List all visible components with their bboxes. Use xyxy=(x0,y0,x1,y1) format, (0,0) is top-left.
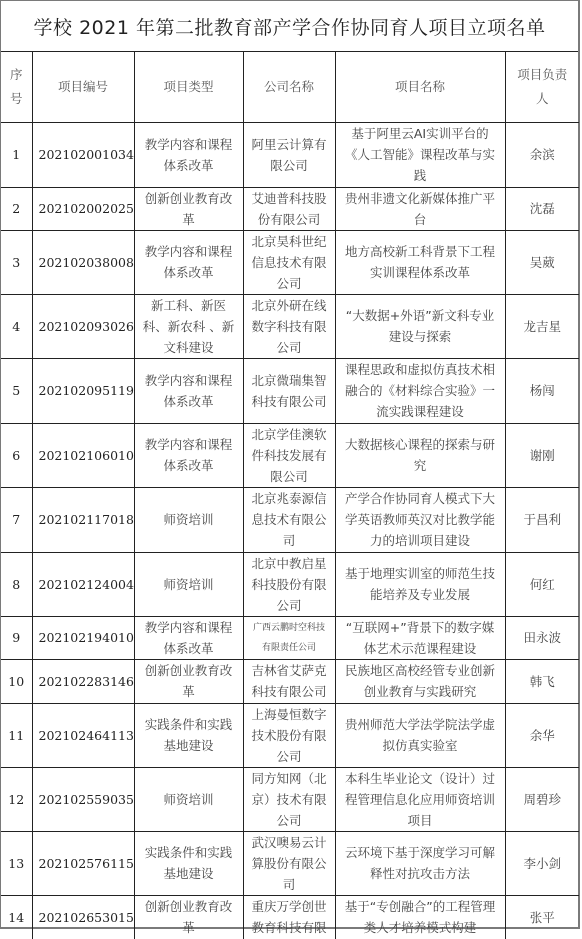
cell-leader: 余滨 xyxy=(505,122,579,187)
table-row: 11 202102464113 实践条件和实践基地建设 上海曼恒数字技术股份有限… xyxy=(1,703,579,767)
cell-company: 北京兆泰源信息技术有限公司 xyxy=(243,487,335,552)
cell-type: 教学内容和课程体系改革 xyxy=(134,230,243,294)
cell-type: 教学内容和课程体系改革 xyxy=(134,122,243,187)
document-page: 学校 2021 年第二批教育部产学合作协同育人项目立项名单 序号 项目编号 项目… xyxy=(0,0,580,929)
cell-seq: 4 xyxy=(1,294,32,358)
table-row: 7 202102117018 师资培训 北京兆泰源信息技术有限公司 产学合作协同… xyxy=(1,487,579,552)
cell-leader: 杨闯 xyxy=(505,358,579,423)
cell-code: 202102124004 xyxy=(32,552,134,616)
cell-leader: 吴葳 xyxy=(505,230,579,294)
cell-company: 北京中教启星科技股份有限公司 xyxy=(243,552,335,616)
table-row: 5 202102095119 教学内容和课程体系改革 北京微瑞集智科技有限公司 … xyxy=(1,358,579,423)
cell-company: 上海曼恒数字技术股份有限公司 xyxy=(243,703,335,767)
cell-code: 202102559035 xyxy=(32,767,134,831)
cell-project: 贵州非遗文化新媒体推广平台 xyxy=(335,187,505,230)
cell-leader: 周碧珍 xyxy=(505,767,579,831)
header-code: 项目编号 xyxy=(32,52,134,122)
cell-seq: 2 xyxy=(1,187,32,230)
cell-type: 教学内容和课程体系改革 xyxy=(134,616,243,659)
cell-code: 202102038008 xyxy=(32,230,134,294)
cell-project: 云环境下基于深度学习可解释性对抗攻击方法 xyxy=(335,831,505,895)
cell-type: 师资培训 xyxy=(134,487,243,552)
header-leader: 项目负责人 xyxy=(505,52,579,122)
cell-seq: 14 xyxy=(1,895,32,932)
cell-type: 实践条件和实践基地建设 xyxy=(134,831,243,895)
cell-project: 基于“专创融合”的工程管理类人才培养模式构建 xyxy=(335,895,505,932)
header-project: 项目名称 xyxy=(335,52,505,122)
cell-project: “大数据+外语”新文科专业建设与探索 xyxy=(335,294,505,358)
cell-company: 重庆万学创世教育科技有限 xyxy=(243,895,335,932)
header-type: 项目类型 xyxy=(134,52,243,122)
cell-seq: 13 xyxy=(1,831,32,895)
cell-leader: 于昌利 xyxy=(505,487,579,552)
cell-leader: 韩飞 xyxy=(505,659,579,703)
cell-code: 202102283146 xyxy=(32,659,134,703)
cell-project: 大数据核心课程的探索与研究 xyxy=(335,423,505,487)
cell-code: 202102194010 xyxy=(32,616,134,659)
table-row: 3 202102038008 教学内容和课程体系改革 北京昊科世纪信息技术有限公… xyxy=(1,230,579,294)
table-row: 6 202102106010 教学内容和课程体系改革 北京学佳澳软件科技发展有限… xyxy=(1,423,579,487)
cell-project: 基于地理实训室的师范生技能培养及专业发展 xyxy=(335,552,505,616)
cell-company: 阿里云计算有限公司 xyxy=(243,122,335,187)
cell-type: 师资培训 xyxy=(134,552,243,616)
cell-type: 创新创业教育改革 xyxy=(134,895,243,932)
cell-type: 实践条件和实践基地建设 xyxy=(134,703,243,767)
cell-company: 武汉噢易云计算股份有限公司 xyxy=(243,831,335,895)
document-title: 学校 2021 年第二批教育部产学合作协同育人项目立项名单 xyxy=(1,1,578,52)
cell-project: 地方高校新工科背景下工程实训课程体系改革 xyxy=(335,230,505,294)
table-header-row: 序号 项目编号 项目类型 公司名称 项目名称 项目负责人 xyxy=(1,52,579,122)
table-row: 13 202102576115 实践条件和实践基地建设 武汉噢易云计算股份有限公… xyxy=(1,831,579,895)
table-row: 14 202102653015 创新创业教育改革 重庆万学创世教育科技有限 基于… xyxy=(1,895,579,932)
table-row: 8 202102124004 师资培训 北京中教启星科技股份有限公司 基于地理实… xyxy=(1,552,579,616)
cell-project: 产学合作协同育人模式下大学英语教师英汉对比教学能力的培训项目建设 xyxy=(335,487,505,552)
cell-company: 同方知网（北京）技术有限公司 xyxy=(243,767,335,831)
table-row: 12 202102559035 师资培训 同方知网（北京）技术有限公司 本科生毕… xyxy=(1,767,579,831)
cell-seq: 9 xyxy=(1,616,32,659)
cell-company: 北京外研在线数字科技有限公司 xyxy=(243,294,335,358)
cell-project: 本科生毕业论文（设计）过程管理信息化应用师资培训项目 xyxy=(335,767,505,831)
cell-leader: 何红 xyxy=(505,552,579,616)
cell-project: 基于阿里云AI实训平台的《人工智能》课程改革与实践 xyxy=(335,122,505,187)
cell-leader: 龙吉星 xyxy=(505,294,579,358)
header-company: 公司名称 xyxy=(243,52,335,122)
cell-company: 广西云鹏时空科技有限责任公司 xyxy=(243,616,335,659)
cell-company: 北京微瑞集智科技有限公司 xyxy=(243,358,335,423)
cell-type: 师资培训 xyxy=(134,767,243,831)
table-row: 2 202102002025 创新创业教育改革 艾迪普科技股份有限公司 贵州非遗… xyxy=(1,187,579,230)
cell-seq: 10 xyxy=(1,659,32,703)
cell-leader: 张平 xyxy=(505,895,579,932)
cell-code: 202102117018 xyxy=(32,487,134,552)
cell-seq: 12 xyxy=(1,767,32,831)
cell-code: 202102106010 xyxy=(32,423,134,487)
cell-leader: 田永波 xyxy=(505,616,579,659)
cell-project: 课程思政和虚拟仿真技术相融合的《材料综合实验》一流实践课程建设 xyxy=(335,358,505,423)
cell-company: 北京昊科世纪信息技术有限公司 xyxy=(243,230,335,294)
cell-company: 北京学佳澳软件科技发展有限公司 xyxy=(243,423,335,487)
cell-seq: 8 xyxy=(1,552,32,616)
table-row: 1 202102001034 教学内容和课程体系改革 阿里云计算有限公司 基于阿… xyxy=(1,122,579,187)
cell-code: 202102095119 xyxy=(32,358,134,423)
cell-seq: 3 xyxy=(1,230,32,294)
cell-type: 创新创业教育改革 xyxy=(134,187,243,230)
cell-code: 202102093026 xyxy=(32,294,134,358)
cell-code: 202102653015 xyxy=(32,895,134,932)
cell-project: 贵州师范大学法学院法学虚拟仿真实验室 xyxy=(335,703,505,767)
cell-seq: 11 xyxy=(1,703,32,767)
cell-type: 教学内容和课程体系改革 xyxy=(134,423,243,487)
cell-seq: 6 xyxy=(1,423,32,487)
header-seq: 序号 xyxy=(1,52,32,122)
cell-type: 新工科、新医科、新农科 、新文科建设 xyxy=(134,294,243,358)
table-row: 9 202102194010 教学内容和课程体系改革 广西云鹏时空科技有限责任公… xyxy=(1,616,579,659)
cell-seq: 7 xyxy=(1,487,32,552)
cell-project: “互联网+”背景下的数字媒体艺术示范课程建设 xyxy=(335,616,505,659)
cell-type: 教学内容和课程体系改革 xyxy=(134,358,243,423)
table-row: 10 202102283146 创新创业教育改革 吉林省艾萨克科技有限公司 民族… xyxy=(1,659,579,703)
cell-seq: 1 xyxy=(1,122,32,187)
table-row: 4 202102093026 新工科、新医科、新农科 、新文科建设 北京外研在线… xyxy=(1,294,579,358)
cell-leader: 余华 xyxy=(505,703,579,767)
cell-project: 民族地区高校经管专业创新创业教育与实践研究 xyxy=(335,659,505,703)
cell-seq: 5 xyxy=(1,358,32,423)
cell-leader: 谢刚 xyxy=(505,423,579,487)
cell-code: 202102576115 xyxy=(32,831,134,895)
cell-leader: 李小剑 xyxy=(505,831,579,895)
cell-company: 艾迪普科技股份有限公司 xyxy=(243,187,335,230)
cell-leader: 沈磊 xyxy=(505,187,579,230)
cell-company: 吉林省艾萨克科技有限公司 xyxy=(243,659,335,703)
project-table: 序号 项目编号 项目类型 公司名称 项目名称 项目负责人 1 202102001… xyxy=(1,52,579,932)
cell-code: 202102001034 xyxy=(32,122,134,187)
cell-code: 202102002025 xyxy=(32,187,134,230)
cell-code: 202102464113 xyxy=(32,703,134,767)
cell-type: 创新创业教育改革 xyxy=(134,659,243,703)
